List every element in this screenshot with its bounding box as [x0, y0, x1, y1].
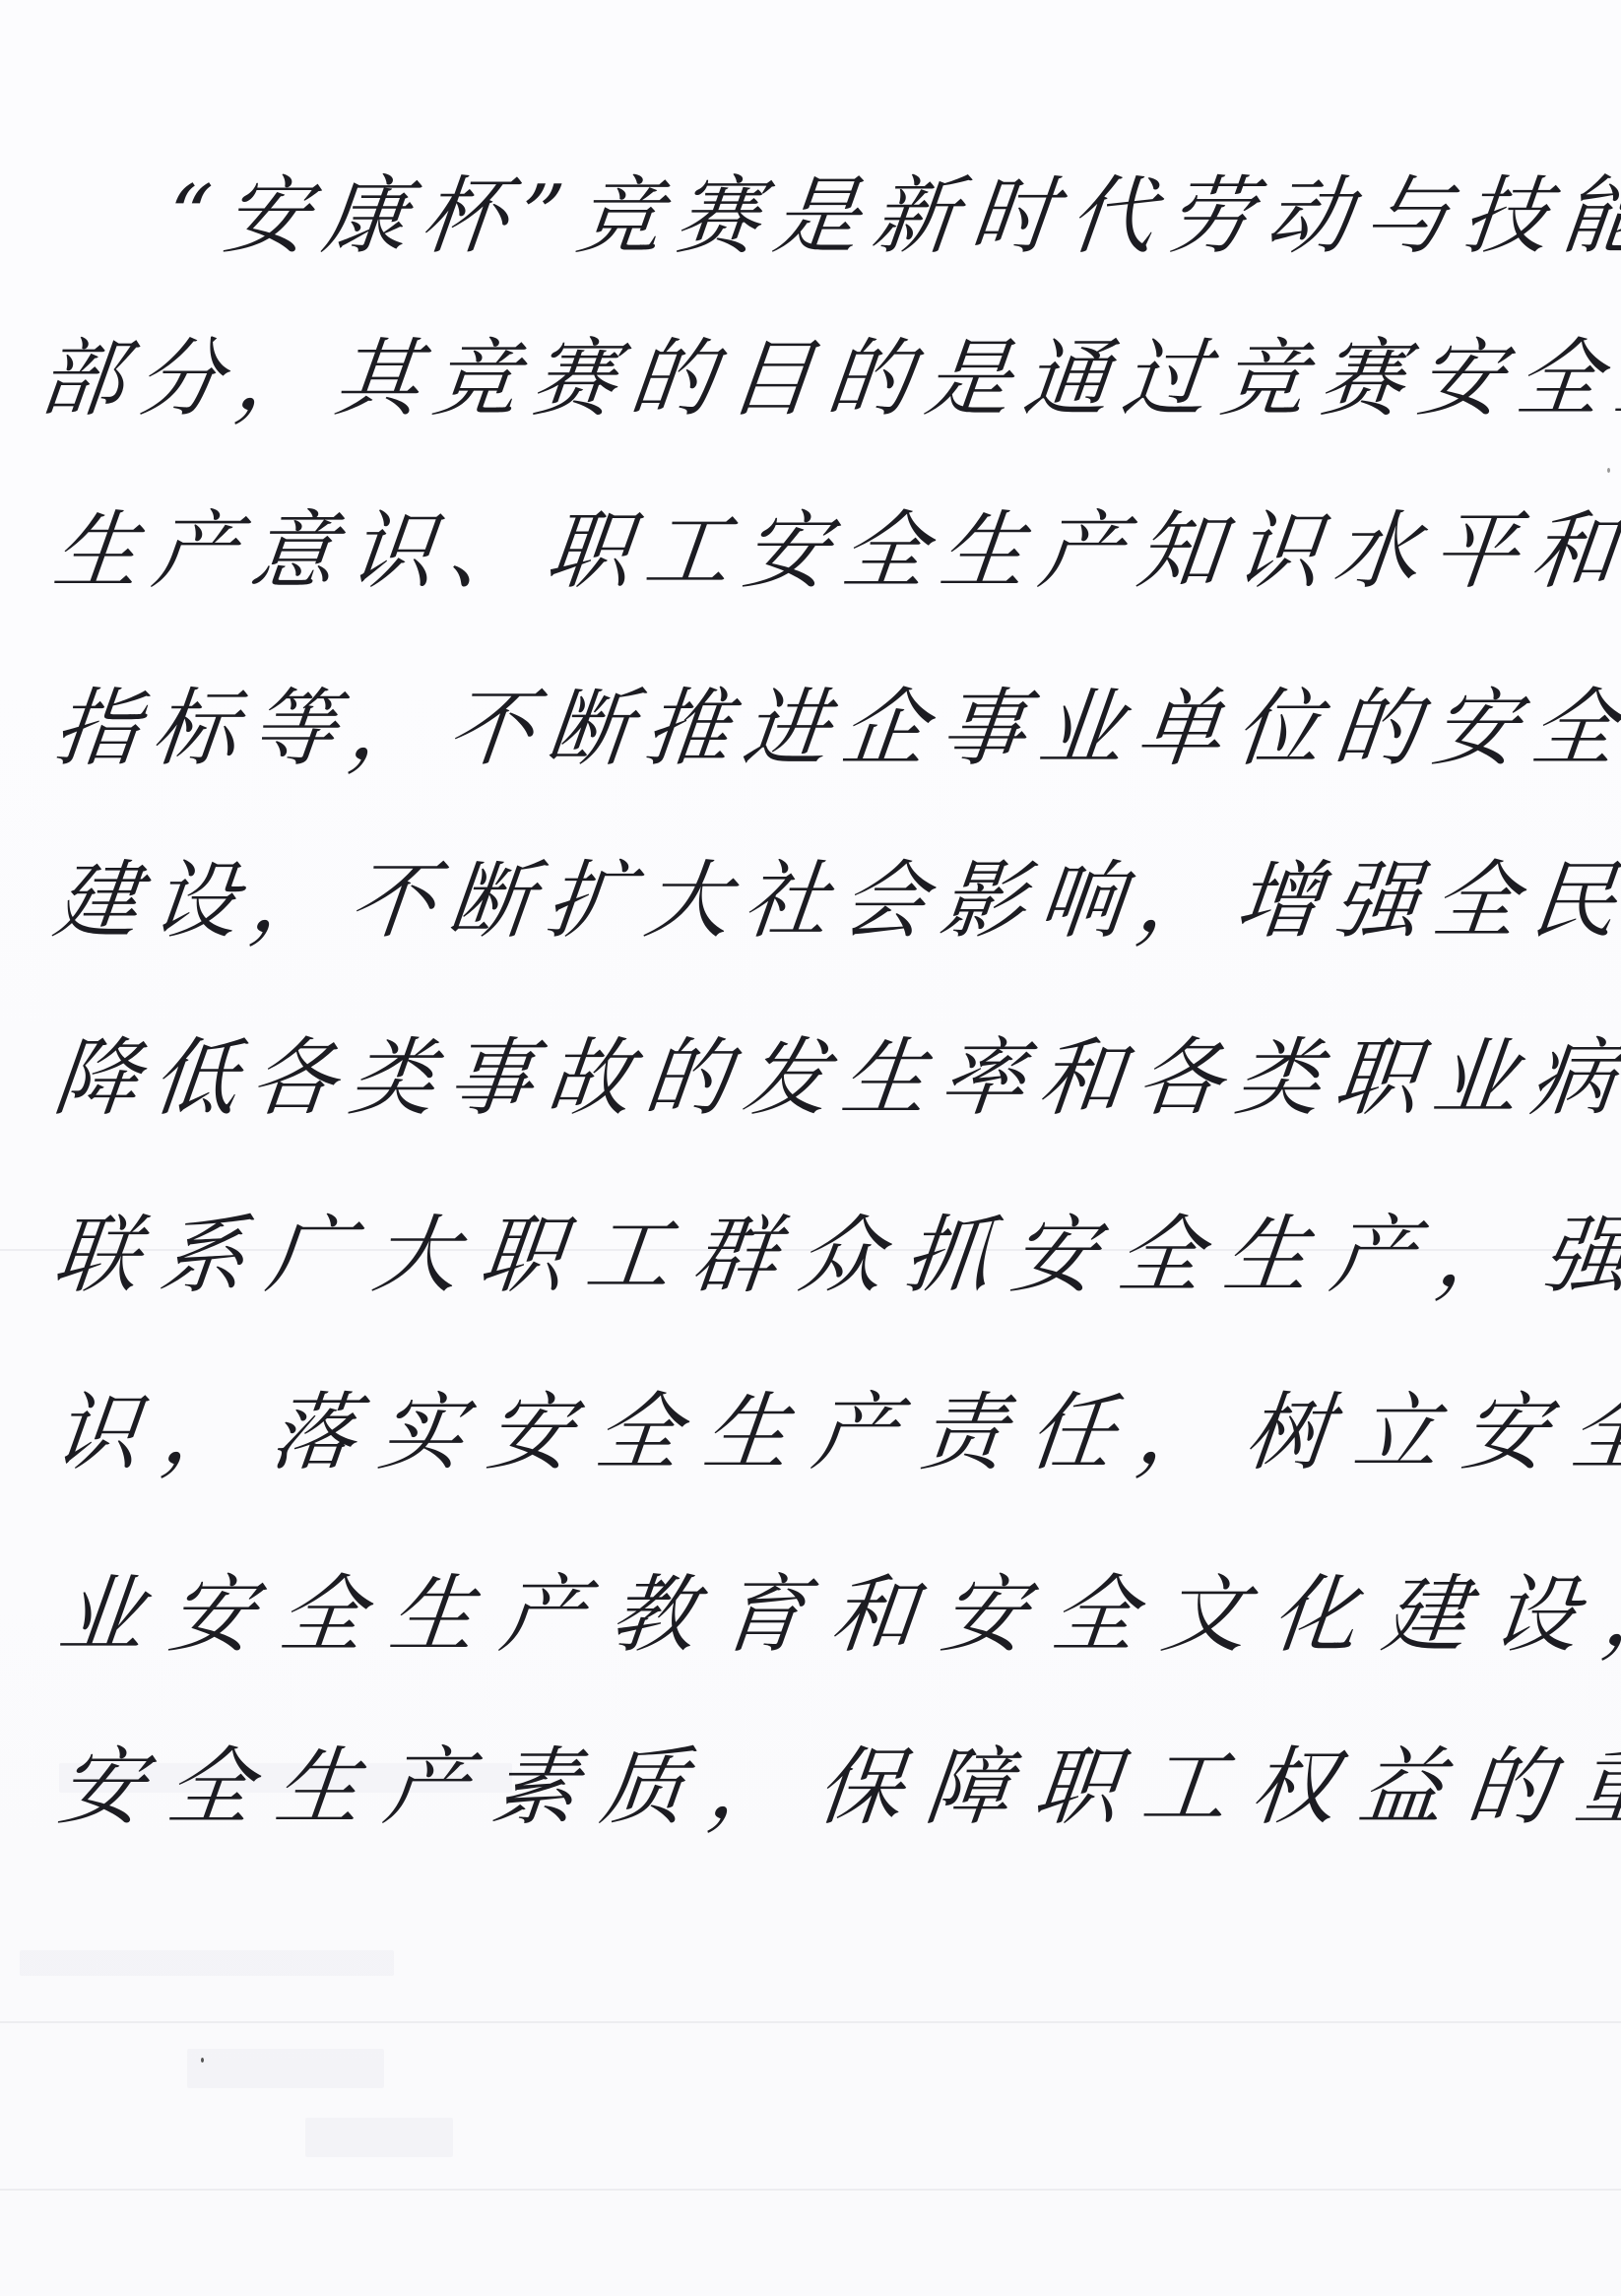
text-line-2: 部分，其竞赛的目的是通过竞赛安全生产管理、领导者安全: [34, 330, 1621, 428]
text-line-1: “安康杯”竞赛是新时代劳动与技能竞赛的重要组成: [162, 167, 1621, 266]
fold-line: [0, 2021, 1621, 2023]
paper-sheet: “安康杯”竞赛是新时代劳动与技能竞赛的重要组成 部分，其竞赛的目的是通过竞赛安全…: [0, 0, 1621, 2296]
text-line-8: 识，落实安全生产责任，树立安全发展理念，推进企: [49, 1384, 1621, 1482]
text-line-4: 指标等，不断推进企事业单位的安全生产工作和安全文化: [49, 680, 1621, 778]
fold-line: [0, 2189, 1621, 2191]
text-line-5: 建设，不断扩大社会影响，增强全民安全生产意识，最终: [49, 852, 1621, 951]
text-line-7: 联系广大职工群众抓安全生产，强化安全生产红线意: [49, 1207, 1621, 1305]
text-line-6: 降低各类事故的发生率和各类职业病的发病率，也是基层: [49, 1029, 1621, 1128]
ink-speck: [201, 2058, 204, 2063]
show-through-mark: [187, 2049, 384, 2088]
text-line-10: 安全生产素质，保障职工权益的重要载体和平台。: [54, 1738, 1621, 1837]
show-through-mark: [20, 1950, 394, 1976]
show-through-mark: [305, 2118, 453, 2157]
text-line-3: 生产意识、职工安全生产知识水平和能力、安全生产各项: [49, 502, 1621, 601]
text-line-9: 业安全生产教育和安全文化建设，提高职工群众: [54, 1566, 1621, 1665]
ink-speck: [1607, 468, 1610, 473]
